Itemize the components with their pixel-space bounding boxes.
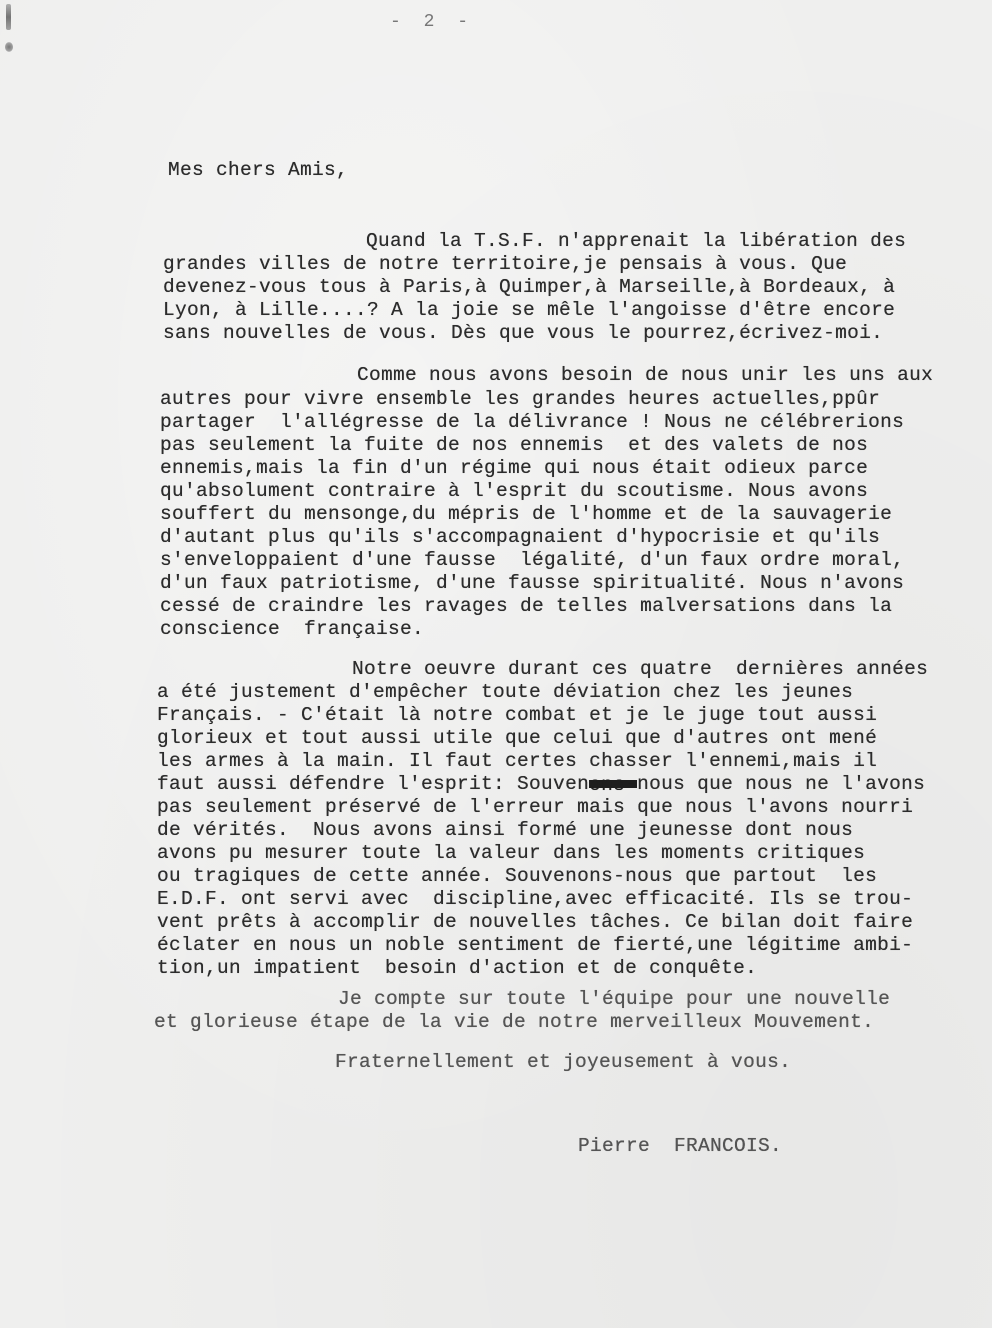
paragraph-3-line-3: Français. - C'était là notre combat et j… [157, 706, 877, 726]
paragraph-3-line-13: éclater en nous un noble sentiment de fi… [157, 936, 913, 956]
paragraph-2-line-4: pas seulement la fuite de nos ennemis et… [160, 436, 868, 456]
paragraph-1-line-2: grandes villes de notre territoire,je pe… [163, 255, 847, 275]
paragraph-3-line-2: a été justement d'empêcher toute déviati… [157, 683, 853, 703]
signature: Pierre FRANCOIS. [578, 1137, 782, 1157]
paragraph-2-line-8: d'autant plus qu'ils s'accompagnaient d'… [160, 528, 880, 548]
paragraph-1-line-3: devenez-vous tous à Paris,à Quimper,à Ma… [163, 278, 895, 298]
typewriter-overstrike: ons- [589, 780, 637, 788]
margin-ink-mark [6, 4, 11, 30]
paragraph-2-line-5: ennemis,mais la fin d'un régime qui nous… [160, 459, 868, 479]
page-number: - 2 - [390, 12, 474, 32]
paragraph-2-line-3: partager l'allégresse de la délivrance !… [160, 413, 904, 433]
paragraph-4-line-2: et glorieuse étape de la vie de notre me… [154, 1013, 874, 1033]
paragraph-2-line-7: souffert du mensonge,du mépris de l'homm… [160, 505, 892, 525]
line-text-before: faut aussi défendre l'esprit: Souven [157, 773, 589, 795]
paragraph-3-line-12: vent prêts à accomplir de nouvelles tâch… [157, 913, 913, 933]
paragraph-1-line-4: Lyon, à Lille....? A la joie se mêle l'a… [163, 301, 895, 321]
paragraph-2-line-10: d'un faux patriotisme, d'une fausse spir… [160, 574, 904, 594]
paragraph-3-line-8: de vérités. Nous avons ainsi formé une j… [157, 821, 853, 841]
paragraph-2-line-11: cessé de craindre les ravages de telles … [160, 597, 892, 617]
paragraph-2-line-6: qu'absolument contraire à l'esprit du sc… [160, 482, 868, 502]
paragraph-3-line-14: tion,un impatient besoin d'action et de … [157, 959, 757, 979]
letter-page: - 2 - Mes chers Amis, Quand la T.S.F. n'… [0, 0, 992, 1328]
paragraph-3-line-1: Notre oeuvre durant ces quatre dernières… [352, 660, 928, 680]
paragraph-3-line-9: avons pu mesurer toute la valeur dans le… [157, 844, 865, 864]
closing: Fraternellement et joyeusement à vous. [335, 1053, 791, 1073]
paragraph-4-line-1: Je compte sur toute l'équipe pour une no… [338, 990, 890, 1010]
paragraph-2-line-1: Comme nous avons besoin de nous unir les… [357, 366, 933, 386]
paragraph-3-line-4: glorieux et tout aussi utile que celui q… [157, 729, 877, 749]
paragraph-2-line-12: conscience française. [160, 620, 424, 640]
salutation: Mes chers Amis, [168, 161, 348, 181]
paragraph-3-line-5: les armes à la main. Il faut certes chas… [157, 752, 877, 772]
paragraph-3-line-10: ou tragiques de cette année. Souvenons-n… [157, 867, 877, 887]
paragraph-3-line-11: E.D.F. ont servi avec discipline,avec ef… [157, 890, 913, 910]
paragraph-3-line-7: pas seulement préservé de l'erreur mais … [157, 798, 913, 818]
paragraph-2-line-2: autres pour vivre ensemble les grandes h… [160, 390, 880, 410]
paragraph-1-line-1: Quand la T.S.F. n'apprenait la libératio… [366, 232, 906, 252]
paragraph-1-line-5: sans nouvelles de vous. Dès que vous le … [163, 324, 883, 344]
margin-ink-spot [5, 42, 13, 52]
paragraph-3-line-6: faut aussi défendre l'esprit: Souvenons-… [157, 775, 925, 795]
paragraph-2-line-9: s'enveloppaient d'une fausse légalité, d… [160, 551, 904, 571]
line-text-after: nous que nous ne l'avons [637, 773, 925, 795]
